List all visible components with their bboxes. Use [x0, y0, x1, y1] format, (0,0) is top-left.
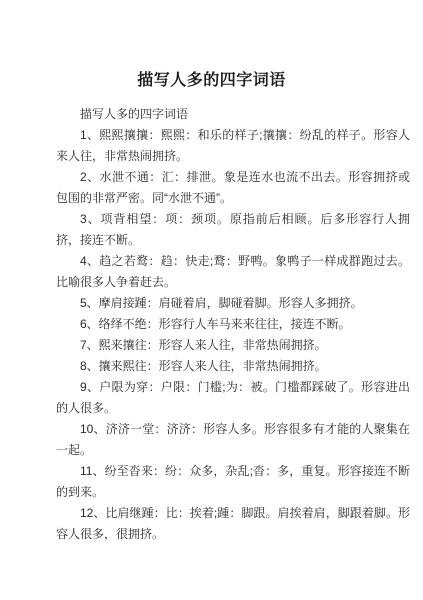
document-page: 描写人多的四字词语 描写人多的四字词语 1、熙熙攘攘：熙熙：和乐的样子;攘攘：纷…: [0, 0, 423, 600]
idiom-item: 4、趋之若鹜：趋：快走;鹜：野鸭。象鸭子一样成群跑过去。比喻很多人争着赶去。: [56, 251, 410, 293]
idiom-item: 2、水泄不通：汇：排泄。象是连水也流不出去。形容拥挤或包围的非常严密。同“水泄不…: [56, 167, 410, 209]
idiom-list: 1、熙熙攘攘：熙熙：和乐的样子;攘攘：纷乱的样子。形容人来人往，非常热闹拥挤。2…: [56, 125, 410, 545]
page-title: 描写人多的四字词语: [0, 0, 423, 92]
idiom-item: 11、纷至沓来：纷：众多，杂乱;沓：多，重复。形容接连不断的到来。: [56, 461, 410, 503]
idiom-item: 6、络绎不绝：形容行人车马来来往往，接连不断。: [56, 314, 410, 335]
idiom-item: 7、熙来攘往：形容人来人往，非常热闹拥挤。: [56, 335, 410, 356]
idiom-item: 9、户限为穿：户限：门槛;为：被。门槛都踩破了。形容进出的人很多。: [56, 377, 410, 419]
idiom-item: 3、项背相望：项：颈项。原指前后相顾。后多形容行人拥挤，接连不断。: [56, 209, 410, 251]
intro-line: 描写人多的四字词语: [56, 104, 410, 125]
document-body: 描写人多的四字词语 1、熙熙攘攘：熙熙：和乐的样子;攘攘：纷乱的样子。形容人来人…: [56, 104, 410, 545]
idiom-item: 5、摩肩接踵：肩碰着肩，脚碰着脚。形容人多拥挤。: [56, 293, 410, 314]
idiom-item: 8、攘来熙往：形容人来人往，非常热闹拥挤。: [56, 356, 410, 377]
idiom-item: 1、熙熙攘攘：熙熙：和乐的样子;攘攘：纷乱的样子。形容人来人往，非常热闹拥挤。: [56, 125, 410, 167]
idiom-item: 12、比肩继踵：比：挨着;踵：脚跟。肩挨着肩，脚跟着脚。形容人很多，很拥挤。: [56, 503, 410, 545]
idiom-item: 10、济济一堂：济济：形容人多。形容很多有才能的人聚集在一起。: [56, 419, 410, 461]
